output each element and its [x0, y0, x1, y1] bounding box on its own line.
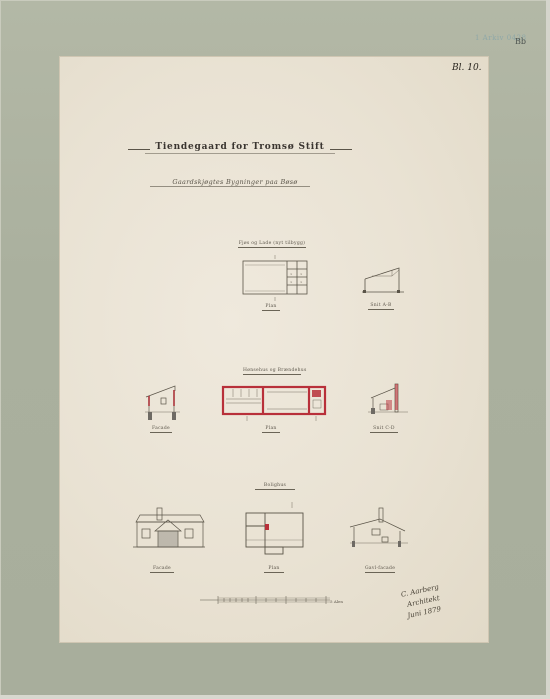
view-label-gable-bottom: Gavl-facade	[365, 566, 395, 573]
plan-drawing-bottom	[244, 500, 306, 555]
section-drawing-top	[362, 264, 404, 296]
view-label-plan-middle: Plan	[262, 426, 280, 433]
plan-drawing-middle	[221, 385, 327, 421]
mat-edge-bottom	[0, 695, 550, 699]
page-title: Tiendegaard for Tromsø Stift	[150, 142, 330, 152]
gable-drawing-bottom	[350, 505, 408, 550]
title-rule-left	[128, 149, 150, 150]
section-heading-bottom: Bolighus	[255, 483, 295, 490]
view-label-plan-bottom: Plan	[264, 566, 284, 573]
page-subtitle: Gaardskjøgtes Bygninger paa Bøsø	[160, 178, 310, 186]
view-label-facade-bottom: Facade	[150, 566, 174, 573]
scale-bar-unit: 5 Alen	[330, 599, 343, 604]
view-label-section-top: Snit A-B	[368, 303, 394, 310]
mat-edge-right	[546, 0, 550, 699]
view-label-facade-middle: Facade	[150, 426, 172, 433]
title-rule-right	[330, 149, 352, 150]
facade-drawing-middle	[145, 386, 181, 422]
archive-mark: Bb	[515, 37, 526, 46]
facade-drawing-bottom	[133, 505, 205, 550]
section-drawing-middle	[368, 380, 410, 422]
svg-text:×: ×	[290, 280, 293, 284]
svg-text:×: ×	[300, 280, 303, 284]
svg-text:×: ×	[290, 272, 293, 276]
view-label-plan-top: Plan	[262, 304, 280, 311]
plan-drawing-top: ×× ××	[240, 255, 310, 305]
section-heading-middle: Hønsehus og Brændehus	[243, 368, 301, 375]
svg-text:×: ×	[300, 272, 303, 276]
scale-bar	[200, 596, 330, 606]
section-heading-top: Fjøs og Lade (nyt tilbygg)	[238, 241, 306, 248]
plate-number: Bl. 10.	[452, 63, 482, 73]
title-underline	[145, 153, 335, 154]
view-label-section-middle: Snit C-D	[370, 426, 398, 433]
subtitle-underline	[150, 186, 310, 187]
